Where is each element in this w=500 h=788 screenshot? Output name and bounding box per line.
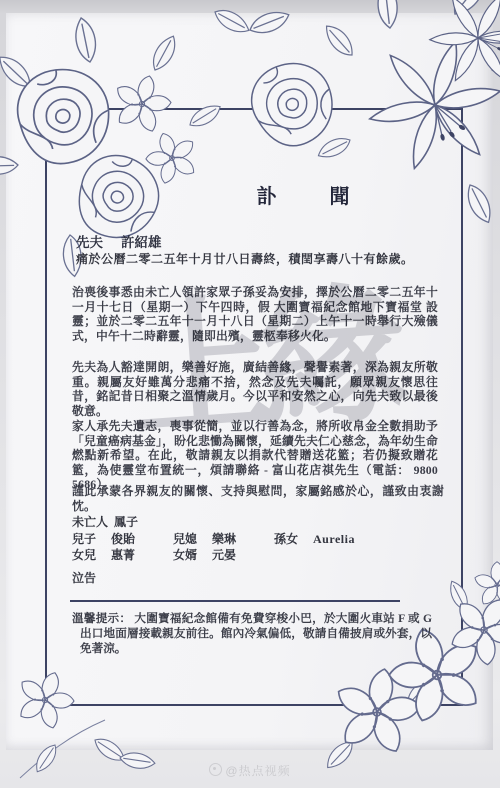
paragraph-funeral-arrangements: 治喪後事悉由未亡人領許家眾子孫妥為安排，擇於公曆二零二五年十一月十七日（星期一）… bbox=[72, 285, 438, 343]
notice-divider-line bbox=[70, 600, 400, 602]
photo-watermark-text: @热点视频 bbox=[225, 764, 290, 778]
widow-name: 鳳子 bbox=[114, 515, 138, 529]
family-row-widow: 未亡人鳳子 bbox=[72, 513, 375, 530]
family-signature-block: 未亡人鳳子 兒子俊貽兒媳樂琳孫女Aurelia 女兒惠菁女婿元晏 bbox=[72, 513, 375, 563]
paragraph-tribute: 先夫為人豁達開朗，樂善好施，廣結善緣，聲譽素著，深為親友所敬重。親屬友好雖萬分悲… bbox=[72, 360, 438, 418]
relative-name: Aurelia bbox=[313, 532, 355, 547]
relative-name: 惠菁 bbox=[111, 546, 153, 563]
weibo-logo-icon bbox=[209, 763, 222, 776]
obituary-photo: { "page": { "title": "訃 聞", "deceased": … bbox=[0, 0, 500, 788]
deceased-name-line: 先夫許紹雄 bbox=[76, 231, 162, 251]
paragraph-donations: 家人承先夫遺志，喪事從簡，並以行善為念，將所收帛金全數捐助予「兒童癌病基金」，盼… bbox=[72, 419, 438, 492]
relative-name: 俊貽 bbox=[111, 530, 153, 547]
deceased-name: 許紹雄 bbox=[121, 235, 162, 250]
relation-label: 女婿 bbox=[173, 546, 203, 563]
paragraph-thanks: 謹此承蒙各界親友的關懷、支持與慰問，家屬銘感於心，謹致由衷謝忱。 bbox=[72, 484, 444, 513]
sign-off: 泣告 bbox=[72, 569, 96, 586]
warm-reminder-notice: 溫馨提示： 大圍寶福紀念館備有免費穿梭小巴，於大圍火車站 F 或 G 出口地面層… bbox=[72, 612, 432, 656]
relation-label: 兒子 bbox=[72, 530, 102, 547]
relative-name: 樂琳 bbox=[212, 530, 254, 547]
widow-label: 未亡人 bbox=[72, 513, 108, 530]
relation-label: 孫女 bbox=[274, 530, 304, 547]
relation-label: 兒媳 bbox=[173, 530, 203, 547]
family-row-children-2: 女兒惠菁女婿元晏 bbox=[72, 546, 375, 563]
family-row-children-1: 兒子俊貽兒媳樂琳孫女Aurelia bbox=[72, 530, 375, 547]
relation-label: 女兒 bbox=[72, 546, 102, 563]
obituary-title: 訃 聞 bbox=[0, 180, 500, 209]
deceased-label: 先夫 bbox=[76, 235, 103, 250]
photo-watermark: @热点视频 bbox=[0, 762, 500, 779]
death-announcement-line: 痛於公曆二零二五年十月廿八日壽終，積閏享壽八十有餘歲。 bbox=[76, 250, 414, 267]
relative-name: 元晏 bbox=[212, 546, 254, 563]
